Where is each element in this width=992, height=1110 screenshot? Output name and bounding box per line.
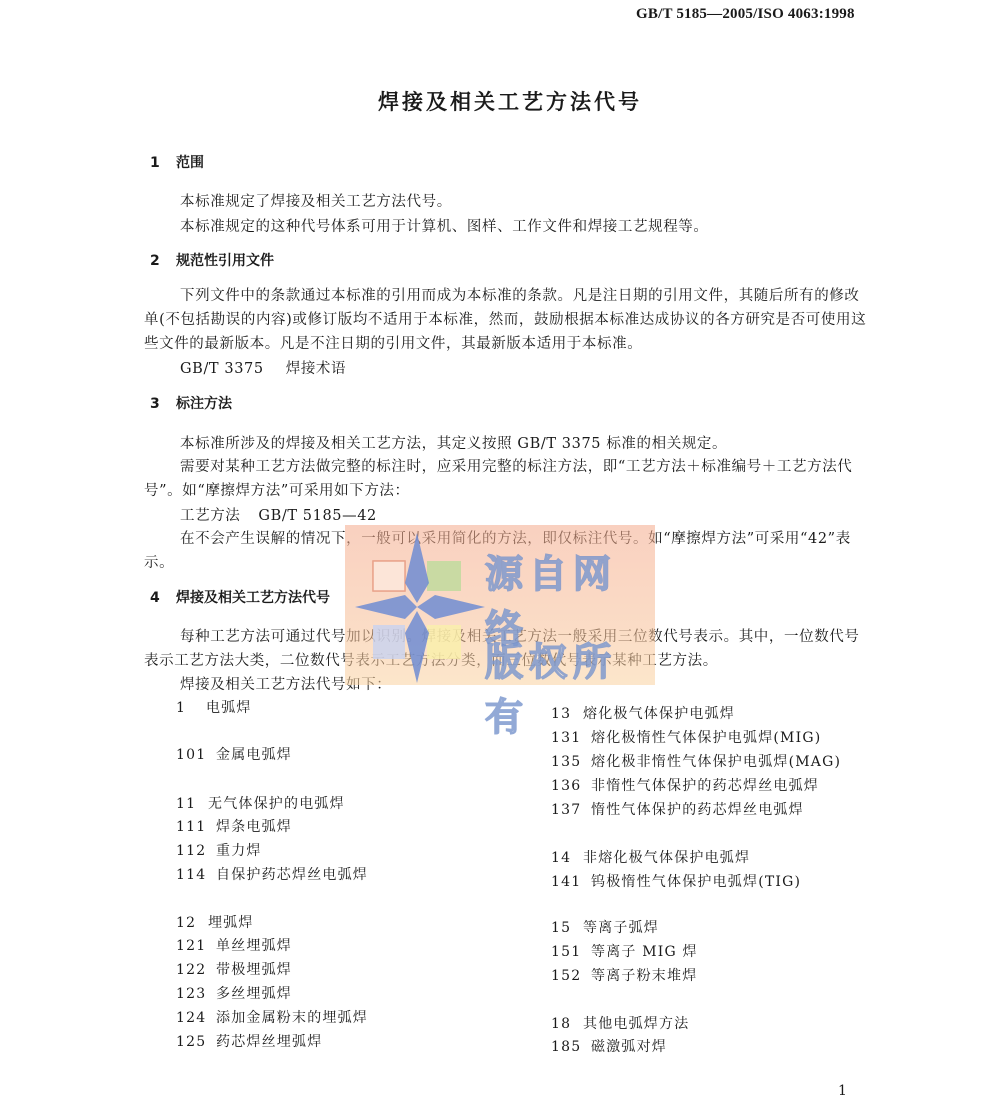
section-title: 标注方法 — [176, 396, 232, 412]
page-number: 1 — [838, 1083, 847, 1099]
section-title: 焊接及相关工艺方法代号 — [176, 590, 330, 606]
section-1-paragraph-2: 本标准规定的这种代号体系可用于计算机、图样、工作文件和焊接工艺规程等。 — [180, 215, 709, 236]
code-item: 125药芯焊丝埋弧焊 — [176, 1031, 322, 1051]
code-item: 13熔化极气体保护电弧焊 — [551, 703, 735, 723]
section-3-paragraph-3: 在不会产生误解的情况下，一般可以采用简化的方法，即仅标注代号。如“摩擦焊方法”可… — [144, 527, 872, 575]
section-1-paragraph-1: 本标准规定了焊接及相关工艺方法代号。 — [180, 190, 452, 211]
code-item: 15等离子弧焊 — [551, 917, 659, 937]
code-item: 121单丝埋弧焊 — [176, 935, 292, 955]
section-number: 1 — [150, 155, 176, 171]
notation-example: 工艺方法GB/T 5185—42 — [180, 504, 377, 525]
code-item: 11无气体保护的电弧焊 — [176, 793, 345, 813]
code-item: 185磁激弧对焊 — [551, 1036, 667, 1056]
code-item: 111焊条电弧焊 — [176, 816, 292, 836]
code-item: 152等离子粉末堆焊 — [551, 965, 697, 985]
section-title: 规范性引用文件 — [176, 253, 274, 269]
section-4-paragraph-1: 每种工艺方法可通过代号加以识别。焊接及相关工艺方法一般采用三位数代号表示。其中，… — [144, 625, 872, 673]
normative-reference: GB/T 3375焊接术语 — [180, 357, 346, 378]
code-item: 151等离子 MIG 焊 — [551, 941, 698, 961]
code-item: 136非惰性气体保护的药芯焊丝电弧焊 — [551, 775, 819, 795]
section-3-paragraph-1: 本标准所涉及的焊接及相关工艺方法，其定义按照 GB/T 3375 标准的相关规定… — [180, 432, 727, 453]
code-item: 114自保护药芯焊丝电弧焊 — [176, 864, 368, 884]
reference-title: 焊接术语 — [286, 361, 346, 377]
document-title: 焊接及相关工艺方法代号 — [378, 86, 642, 116]
section-title: 范围 — [176, 155, 204, 171]
code-item: 12埋弧焊 — [176, 912, 254, 932]
code-item: 141钨极惰性气体保护电弧焊(TIG) — [551, 871, 801, 891]
example-label: 工艺方法 — [180, 508, 240, 524]
section-number: 2 — [150, 253, 176, 269]
section-4-heading: 4焊接及相关工艺方法代号 — [150, 587, 330, 607]
section-3-heading: 3标注方法 — [150, 393, 232, 413]
code-item: 123多丝埋弧焊 — [176, 983, 292, 1003]
section-2-paragraph: 下列文件中的条款通过本标准的引用而成为本标准的条款。凡是注日期的引用文件，其随后… — [144, 284, 872, 356]
code-item: 135熔化极非惰性气体保护电弧焊(MAG) — [551, 751, 841, 771]
standard-code: GB/T 5185—2005/ISO 4063:1998 — [636, 6, 855, 23]
reference-code: GB/T 3375 — [180, 361, 264, 377]
section-1-heading: 1范围 — [150, 152, 204, 172]
code-item: 101金属电弧焊 — [176, 744, 292, 764]
code-item: 137惰性气体保护的药芯焊丝电弧焊 — [551, 799, 804, 819]
section-number: 3 — [150, 396, 176, 412]
code-item: 14非熔化极气体保护电弧焊 — [551, 847, 750, 867]
section-3-paragraph-2: 需要对某种工艺方法做完整的标注时，应采用完整的标注方法，即“工艺方法＋标准编号＋… — [144, 455, 872, 503]
code-item: 18其他电弧焊方法 — [551, 1013, 689, 1033]
example-value: GB/T 5185—42 — [258, 508, 376, 524]
code-item: 124添加金属粉末的埋弧焊 — [176, 1007, 368, 1027]
code-item: 1电弧焊 — [176, 697, 252, 717]
section-number: 4 — [150, 590, 176, 606]
section-2-heading: 2规范性引用文件 — [150, 250, 274, 270]
section-4-paragraph-2: 焊接及相关工艺方法代号如下： — [180, 673, 391, 694]
code-item: 122带极埋弧焊 — [176, 959, 292, 979]
code-item: 112重力焊 — [176, 840, 262, 860]
code-item: 131熔化极惰性气体保护电弧焊(MIG) — [551, 727, 821, 747]
